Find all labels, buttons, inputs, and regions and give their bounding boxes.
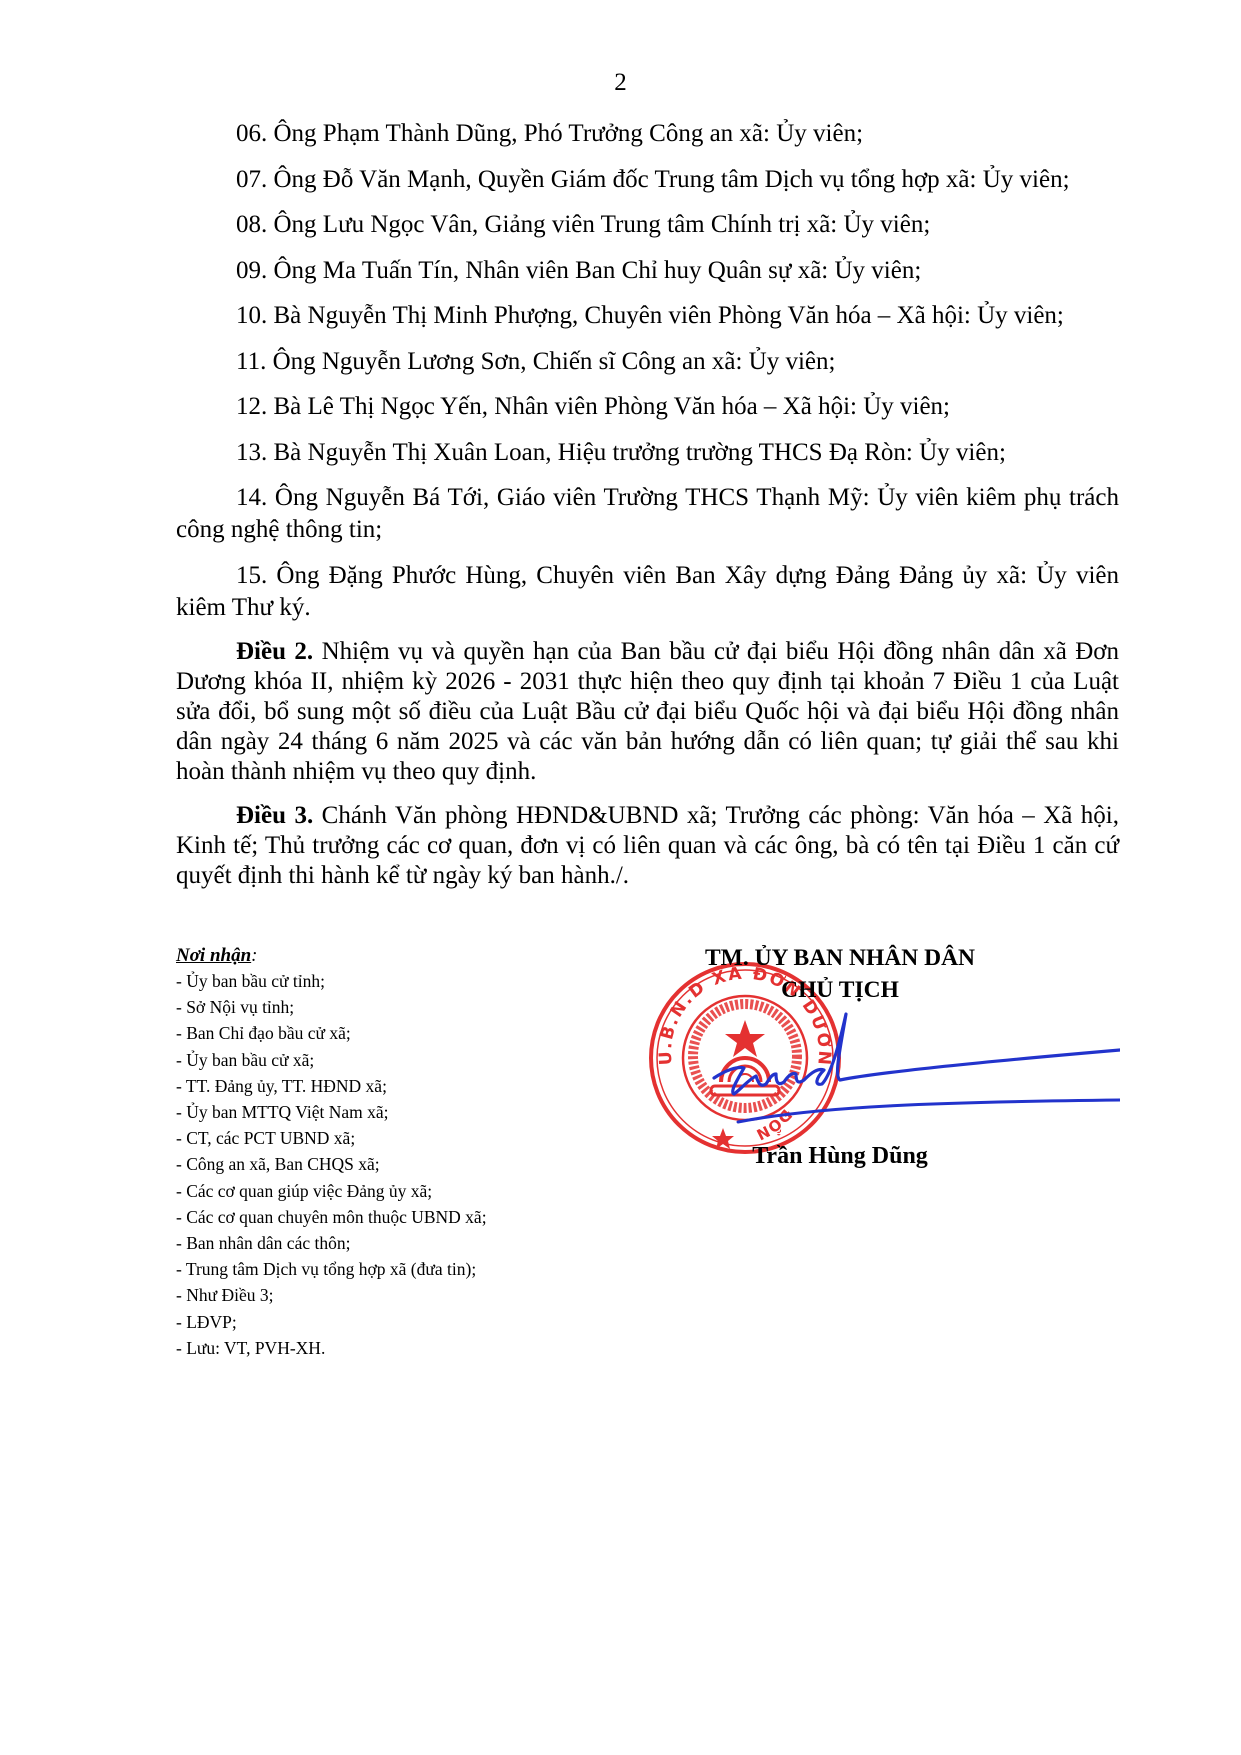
article-3-text: Chánh Văn phòng HĐND&UBND xã; Trưởng các… bbox=[176, 802, 1119, 889]
document-body: 06. Ông Phạm Thành Dũng, Phó Trưởng Công… bbox=[176, 118, 1119, 905]
recipients-title-colon: : bbox=[251, 945, 257, 966]
member-item-12: 12. Bà Lê Thị Ngọc Yến, Nhân viên Phòng … bbox=[176, 391, 1119, 423]
recipient-item: - TT. Đảng ủy, TT. HĐND xã; bbox=[176, 1073, 616, 1099]
recipient-item: - Như Điều 3; bbox=[176, 1282, 616, 1308]
recipient-item: - LĐVP; bbox=[176, 1309, 616, 1335]
signer-name: Trần Hùng Dũng bbox=[620, 1143, 1060, 1170]
recipient-item: - Ban Chỉ đạo bầu cử xã; bbox=[176, 1020, 616, 1046]
article-2-text: Nhiệm vụ và quyền hạn của Ban bầu cử đại… bbox=[176, 638, 1119, 785]
recipients-title-text: Nơi nhận bbox=[176, 945, 251, 966]
member-item-14: 14. Ông Nguyễn Bá Tới, Giáo viên Trường … bbox=[176, 482, 1119, 546]
member-item-15: 15. Ông Đặng Phước Hùng, Chuyên viên Ban… bbox=[176, 560, 1119, 624]
member-item-08: 08. Ông Lưu Ngọc Vân, Giảng viên Trung t… bbox=[176, 209, 1119, 241]
member-item-13: 13. Bà Nguyễn Thị Xuân Loan, Hiệu trưởng… bbox=[176, 437, 1119, 469]
page-number: 2 bbox=[0, 68, 1241, 98]
member-item-06: 06. Ông Phạm Thành Dũng, Phó Trưởng Công… bbox=[176, 118, 1119, 150]
recipient-item: - Các cơ quan giúp việc Đảng ủy xã; bbox=[176, 1178, 616, 1204]
member-item-09: 09. Ông Ma Tuấn Tín, Nhân viên Ban Chỉ h… bbox=[176, 255, 1119, 287]
recipient-item: - Các cơ quan chuyên môn thuộc UBND xã; bbox=[176, 1204, 616, 1230]
recipient-item: - Sở Nội vụ tỉnh; bbox=[176, 994, 616, 1020]
recipients-block: Nơi nhận: - Ủy ban bầu cử tỉnh; - Sở Nội… bbox=[176, 944, 616, 1361]
recipient-item: - Ban nhân dân các thôn; bbox=[176, 1230, 616, 1256]
signature-block: TM. ỦY BAN NHÂN DÂN CHỦ TỊCH Trần Hùng D… bbox=[620, 942, 1060, 1006]
recipient-item: - CT, các PCT UBND xã; bbox=[176, 1125, 616, 1151]
signature-title-line1: TM. ỦY BAN NHÂN DÂN bbox=[620, 942, 1060, 974]
recipient-item: - Lưu: VT, PVH-XH. bbox=[176, 1335, 616, 1361]
member-item-10: 10. Bà Nguyễn Thị Minh Phượng, Chuyên vi… bbox=[176, 300, 1119, 332]
recipient-item: - Ủy ban bầu cử xã; bbox=[176, 1047, 616, 1073]
member-item-11: 11. Ông Nguyễn Lương Sơn, Chiến sĩ Công … bbox=[176, 346, 1119, 378]
article-2-heading: Điều 2. bbox=[236, 638, 313, 665]
recipient-item: - Trung tâm Dịch vụ tổng hợp xã (đưa tin… bbox=[176, 1256, 616, 1282]
article-3: Điều 3. Chánh Văn phòng HĐND&UBND xã; Tr… bbox=[176, 801, 1119, 891]
recipient-item: - Công an xã, Ban CHQS xã; bbox=[176, 1151, 616, 1177]
article-2: Điều 2. Nhiệm vụ và quyền hạn của Ban bầ… bbox=[176, 637, 1119, 787]
member-item-07: 07. Ông Đỗ Văn Mạnh, Quyền Giám đốc Trun… bbox=[176, 164, 1119, 196]
article-3-heading: Điều 3. bbox=[236, 802, 313, 829]
recipients-title: Nơi nhận: bbox=[176, 944, 616, 968]
recipient-item: - Ủy ban bầu cử tỉnh; bbox=[176, 968, 616, 994]
signature-title-line2: CHỦ TỊCH bbox=[620, 974, 1060, 1006]
recipient-item: - Ủy ban MTTQ Việt Nam xã; bbox=[176, 1099, 616, 1125]
handwritten-signature-icon bbox=[700, 1010, 1120, 1130]
